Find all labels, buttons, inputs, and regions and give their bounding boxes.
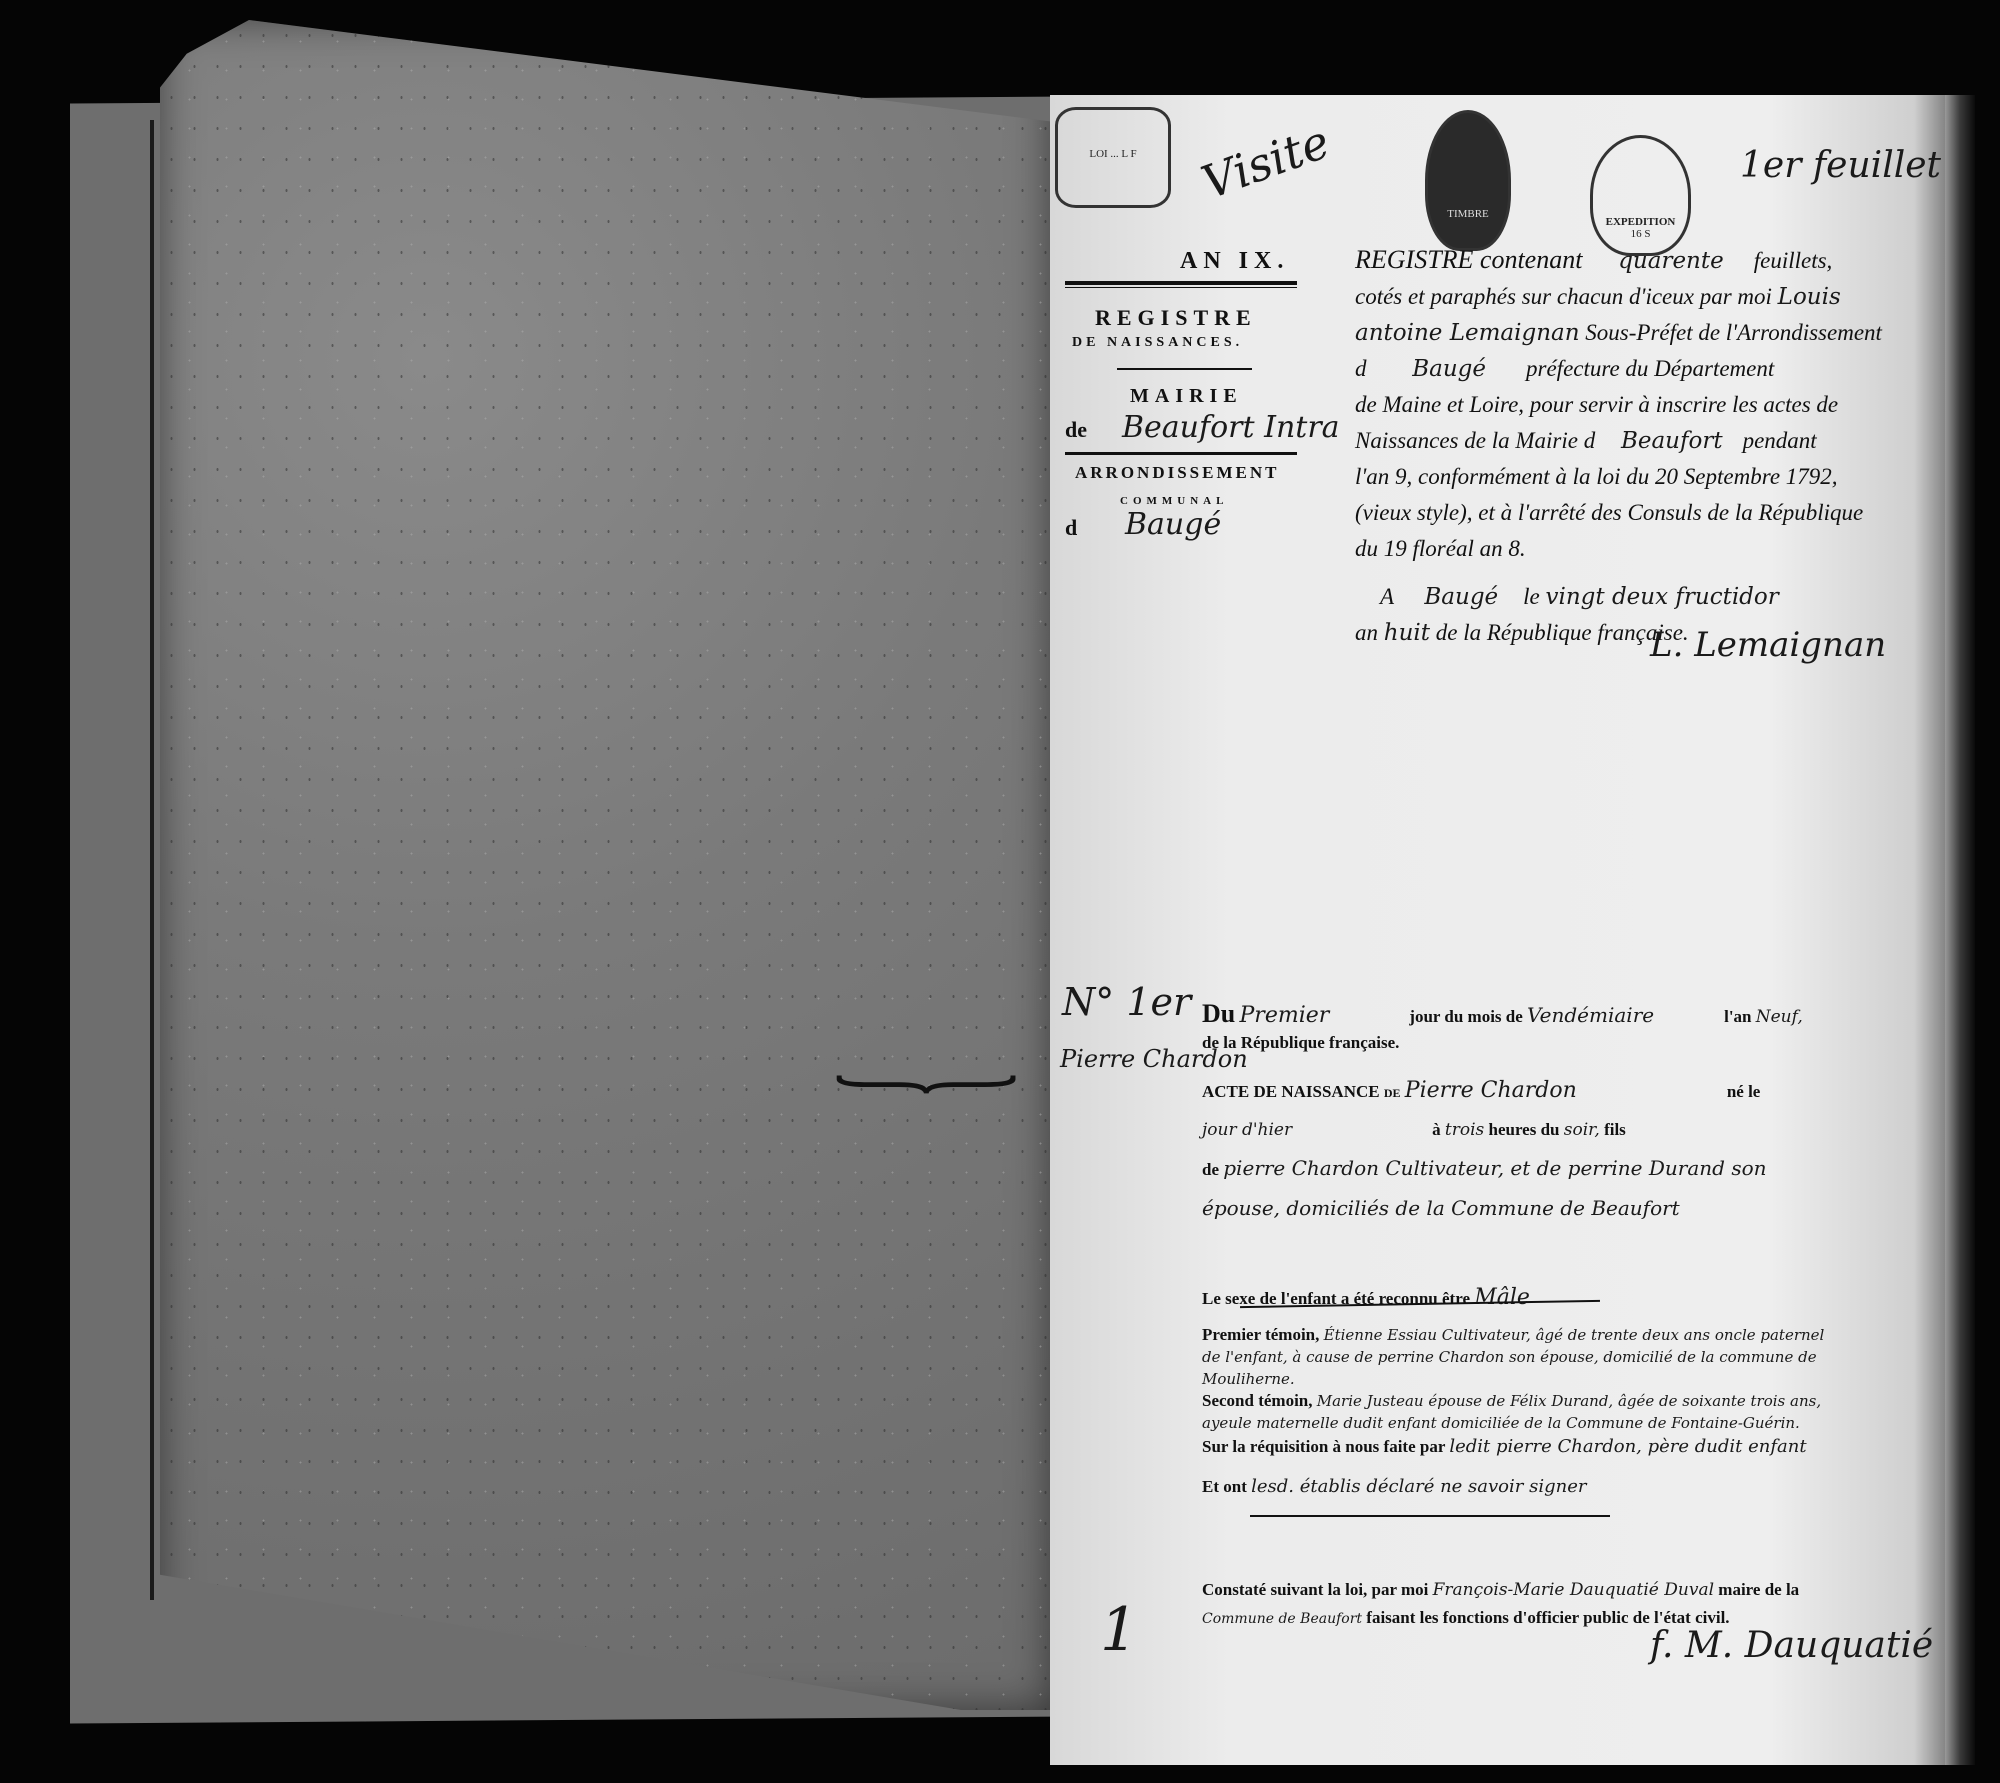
margin-mark: 1 bbox=[1100, 1595, 1138, 1665]
arrondissement-value: Baugé bbox=[1125, 507, 1221, 542]
cover-edge-line bbox=[150, 120, 154, 1600]
arrondissement-label: ARRONDISSEMENT bbox=[1075, 463, 1279, 483]
register-intro: REGISTRE contenant quarentefeuillets, co… bbox=[1355, 242, 1882, 651]
register-title: REGISTRE bbox=[1095, 305, 1257, 331]
mayor-signature: f. M. Dauquatié bbox=[1650, 1625, 1933, 1666]
arrondissement-prefix: d bbox=[1065, 515, 1077, 541]
fill-line bbox=[1250, 1515, 1610, 1517]
act-body: Du Premierjour du mois de Vendémiairel'a… bbox=[1202, 995, 1902, 1633]
mairie-label: MAIRIE bbox=[1130, 385, 1243, 408]
rule bbox=[1117, 368, 1252, 370]
communal-label: COMMUNAL bbox=[1120, 495, 1228, 507]
register-subtitle: DE NAISSANCES. bbox=[1072, 335, 1243, 351]
expedition-stamp-icon: EXPEDITION16 S bbox=[1590, 135, 1691, 256]
octagonal-stamp-icon: LOI ... L F bbox=[1055, 107, 1171, 208]
register-page: LOI ... L F Visite TIMBRE EXPEDITION16 S… bbox=[1050, 95, 1950, 1765]
brace: } bbox=[812, 1070, 1060, 1099]
left-cover-board bbox=[160, 20, 1050, 1710]
folio-note: 1er feuillet bbox=[1740, 145, 1941, 186]
double-rule bbox=[1065, 281, 1297, 285]
visite-annotation: Visite bbox=[1195, 114, 1337, 210]
page-edge bbox=[1945, 95, 1975, 1765]
tax-stamp-icon: TIMBRE bbox=[1425, 110, 1511, 251]
year-heading: AN IX. bbox=[1180, 248, 1289, 275]
double-rule-thin bbox=[1065, 287, 1297, 288]
act-number: N° 1er bbox=[1062, 980, 1191, 1024]
mairie-prefix: de bbox=[1065, 417, 1087, 443]
rule bbox=[1065, 452, 1297, 455]
prefect-signature: L. Lemaignan bbox=[1650, 625, 1886, 665]
mairie-value: Beaufort Intra bbox=[1122, 410, 1340, 445]
